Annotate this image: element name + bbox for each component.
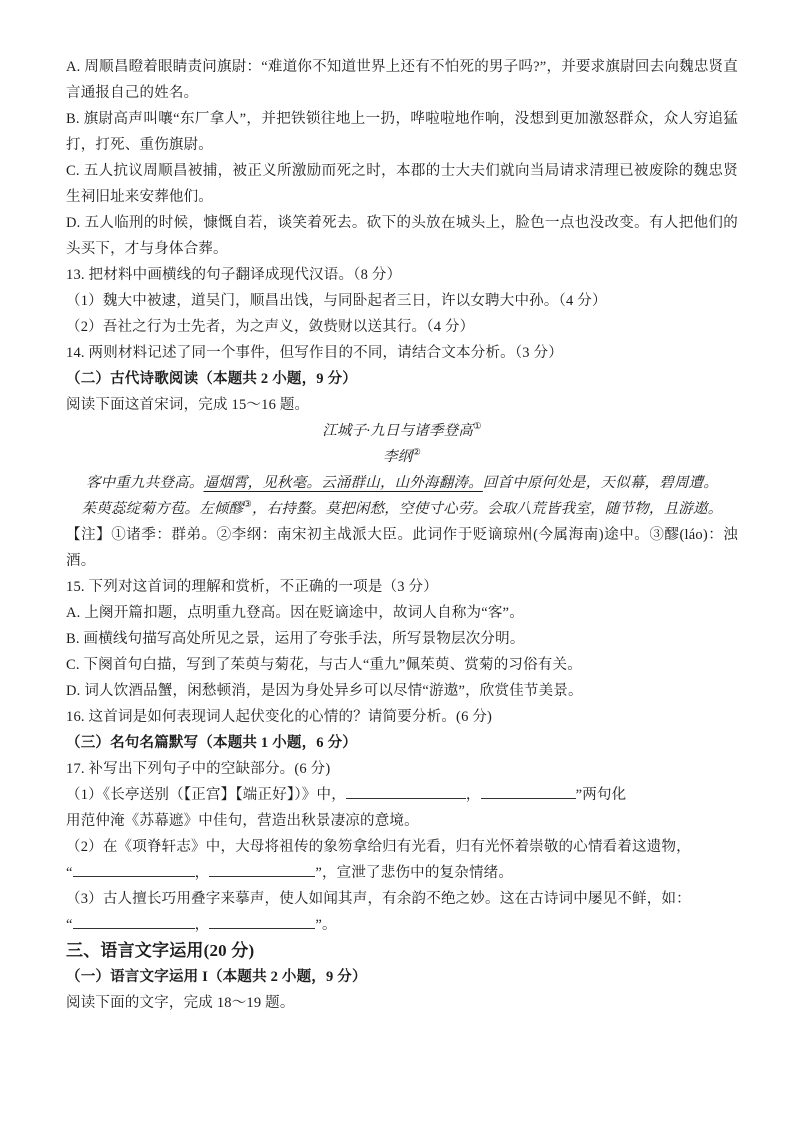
text-run: （一）语言文字运用 I（本题共 2 小题，9 分） — [66, 969, 367, 985]
question-13: 13. 把材料中画横线的句子翻译成现代汉语。（8 分） — [66, 262, 738, 288]
text-run: 13. 把材料中画横线的句子翻译成现代汉语。（8 分） — [66, 267, 401, 283]
text-run: 16. 这首词是如何表现词人起伏变化的心情的？请简要分析。(6 分) — [66, 709, 492, 725]
footnote-marker: ② — [412, 448, 421, 458]
underlined-text: 逼烟霄，见秋毫。云涌群山，山外海翻涛。 — [204, 475, 483, 491]
question-17-1-line2: 用范仲淹《苏幕遮》中佳句，营造出秋景凄凉的意境。 — [66, 808, 738, 834]
poem-notes: 【注】①诸季：群弟。②李纲：南宋初主战派大臣。此词作于贬谪琼州(今属海南)途中。… — [66, 522, 738, 574]
poem-author: 李纲② — [66, 444, 738, 470]
poetry-intro: 阅读下面这首宋词，完成 15～16 题。 — [66, 392, 738, 418]
choice-11-a: A. 周顺昌瞪着眼睛责问旗尉：“难道你不知道世界上还有不怕死的男子吗?”，并要求… — [66, 54, 738, 106]
choice-15-c: C. 下阕首句白描，写到了茱萸与菊花，与古人“重九”佩茱萸、赏菊的习俗有关。 — [66, 652, 738, 678]
answer-blank — [73, 914, 195, 929]
text-run: 15. 下列对这首词的理解和赏析，不正确的一项是（3 分） — [66, 579, 438, 595]
question-13-1: （1）魏大中被逮，道吴门，顺昌出饯，与同卧起者三日，许以女聘大中孙。（4 分） — [66, 288, 738, 314]
text-run: ，右持螯。莫把闲愁，空使寸心劳。会取八荒皆我室，随节物，且游遨。 — [252, 501, 722, 517]
text-run: “ — [66, 917, 73, 933]
text-run: A. 周顺昌瞪着眼睛责问旗尉：“难道你不知道世界上还有不怕死的男子吗?”，并要求… — [66, 59, 738, 101]
text-run: 14. 两则材料记述了同一个事件，但写作目的不同，请结合文本分析。（3 分） — [66, 345, 563, 361]
text-run: （1）《长亭送别（【正宫】【端正好】）》中， — [66, 787, 346, 803]
text-run: （3）古人擅长巧用叠字来摹声，使人如闻其声，有余韵不绝之妙。这在古诗词中屡见不鲜… — [66, 891, 691, 907]
choice-11-d: D. 五人临刑的时候，慷慨自若，谈笑着死去。砍下的头放在城头上，脸色一点也没改变… — [66, 210, 738, 262]
poem-line-2: 茱萸蕊绽菊方苞。左倾醪③，右持螯。莫把闲愁，空使寸心劳。会取八荒皆我室，随节物，… — [66, 496, 738, 522]
poem-title: 江城子·九日与诸季登高① — [66, 418, 738, 444]
text-run: 用范仲淹《苏幕遮》中佳句，营造出秋景凄凉的意境。 — [66, 813, 419, 829]
text-run: 回首中原何处是，天似幕，碧周遭。 — [483, 475, 718, 491]
section-heading-language-1: （一）语言文字运用 I（本题共 2 小题，9 分） — [66, 964, 738, 990]
document-body: A. 周顺昌瞪着眼睛责问旗尉：“难道你不知道世界上还有不怕死的男子吗?”，并要求… — [66, 54, 738, 1016]
text-run: A. 上阕开篇扣题，点明重九登高。因在贬谪途中，故词人自称为“客”。 — [66, 605, 524, 621]
text-run: ， — [195, 865, 210, 881]
text-run: ”两句化 — [576, 787, 627, 803]
answer-blank — [73, 862, 195, 877]
text-run: （二）古代诗歌阅读（本题共 2 小题，9 分） — [66, 371, 357, 387]
choice-11-b: B. 旗尉高声叫嚷“东厂拿人”，并把铁锁往地上一扔，哗啦啦地作响，没想到更加激怒… — [66, 106, 738, 158]
language-intro: 阅读下面的文字，完成 18～19 题。 — [66, 990, 738, 1016]
text-run: D. 五人临刑的时候，慷慨自若，谈笑着死去。砍下的头放在城头上，脸色一点也没改变… — [66, 215, 738, 257]
footnote-marker: ① — [473, 422, 482, 432]
text-run: 阅读下面这首宋词，完成 15～16 题。 — [66, 397, 309, 413]
text-run: 客中重九共登高。 — [86, 475, 204, 491]
question-17-3-line1: （3）古人擅长巧用叠字来摹声，使人如闻其声，有余韵不绝之妙。这在古诗词中屡见不鲜… — [66, 886, 738, 912]
text-run: D. 词人饮酒品蟹，闲愁顿消，是因为身处异乡可以尽情“游遨”，欣赏佳节美景。 — [66, 683, 583, 699]
text-run: （2）在《项脊轩志》中，大母将祖传的象笏拿给归有光看，归有光怀着崇敬的心情看着这… — [66, 839, 691, 855]
text-run: 茱萸蕊绽菊方苞。左倾醪 — [82, 501, 244, 517]
question-17: 17. 补写出下列句子中的空缺部分。(6 分) — [66, 756, 738, 782]
question-17-3-line2: “，”。 — [66, 912, 738, 938]
text-run: B. 旗尉高声叫嚷“东厂拿人”，并把铁锁往地上一扔，哗啦啦地作响，没想到更加激怒… — [66, 111, 738, 153]
answer-blank — [209, 914, 315, 929]
text-run: 阅读下面的文字，完成 18～19 题。 — [66, 995, 295, 1011]
choice-15-a: A. 上阕开篇扣题，点明重九登高。因在贬谪途中，故词人自称为“客”。 — [66, 600, 738, 626]
text-run: ， — [466, 787, 481, 803]
answer-blank — [346, 784, 466, 799]
poem-line-1: 客中重九共登高。逼烟霄，见秋毫。云涌群山，山外海翻涛。回首中原何处是，天似幕，碧… — [66, 470, 738, 496]
question-13-2: （2）吾社之行为士先者，为之声义，敛赀财以送其行。（4 分） — [66, 314, 738, 340]
text-run: 江城子·九日与诸季登高 — [322, 423, 473, 439]
text-run: “ — [66, 865, 73, 881]
text-run: （1）魏大中被逮，道吴门，顺昌出饯，与同卧起者三日，许以女聘大中孙。（4 分） — [66, 293, 607, 309]
exam-page: A. 周顺昌瞪着眼睛责问旗尉：“难道你不知道世界上还有不怕死的男子吗?”，并要求… — [0, 0, 800, 1131]
answer-blank — [481, 784, 576, 799]
text-run: ， — [195, 917, 210, 933]
section-heading-dictation: （三）名句名篇默写（本题共 1 小题，6 分） — [66, 730, 738, 756]
question-16: 16. 这首词是如何表现词人起伏变化的心情的？请简要分析。(6 分) — [66, 704, 738, 730]
text-run: 三、语言文字运用(20 分) — [66, 941, 254, 960]
question-14: 14. 两则材料记述了同一个事件，但写作目的不同，请结合文本分析。（3 分） — [66, 340, 738, 366]
choice-11-c: C. 五人抗议周顺昌被捕，被正义所激励而死之时，本郡的士大夫们就向当局请求清理已… — [66, 158, 738, 210]
text-run: 李纲 — [383, 449, 412, 465]
text-run: ”，宣泄了悲伤中的复杂情绪。 — [315, 865, 513, 881]
section-heading-poetry: （二）古代诗歌阅读（本题共 2 小题，9 分） — [66, 366, 738, 392]
text-run: （2）吾社之行为士先者，为之声义，敛赀财以送其行。（4 分） — [66, 319, 474, 335]
question-17-2-line2: “，”，宣泄了悲伤中的复杂情绪。 — [66, 860, 738, 886]
text-run: 17. 补写出下列句子中的空缺部分。(6 分) — [66, 761, 330, 777]
text-run: C. 下阕首句白描，写到了茱萸与菊花，与古人“重九”佩茱萸、赏菊的习俗有关。 — [66, 657, 582, 673]
footnote-marker: ③ — [243, 500, 252, 510]
question-17-1-line1: （1）《长亭送别（【正宫】【端正好】）》中，，”两句化 — [66, 782, 738, 808]
text-run: B. 画横线句描写高处所见之景，运用了夸张手法，所写景物层次分明。 — [66, 631, 525, 647]
text-run: C. 五人抗议周顺昌被捕，被正义所激励而死之时，本郡的士大夫们就向当局请求清理已… — [66, 163, 738, 205]
question-17-2-line1: （2）在《项脊轩志》中，大母将祖传的象笏拿给归有光看，归有光怀着崇敬的心情看着这… — [66, 834, 738, 860]
question-15: 15. 下列对这首词的理解和赏析，不正确的一项是（3 分） — [66, 574, 738, 600]
text-run: ”。 — [315, 917, 336, 933]
choice-15-b: B. 画横线句描写高处所见之景，运用了夸张手法，所写景物层次分明。 — [66, 626, 738, 652]
text-run: 【注】①诸季：群弟。②李纲：南宋初主战派大臣。此词作于贬谪琼州(今属海南)途中。… — [66, 527, 738, 569]
choice-15-d: D. 词人饮酒品蟹，闲愁顿消，是因为身处异乡可以尽情“游遨”，欣赏佳节美景。 — [66, 678, 738, 704]
section-heading-language: 三、语言文字运用(20 分) — [66, 938, 738, 964]
text-run: （三）名句名篇默写（本题共 1 小题，6 分） — [66, 735, 357, 751]
answer-blank — [209, 862, 315, 877]
